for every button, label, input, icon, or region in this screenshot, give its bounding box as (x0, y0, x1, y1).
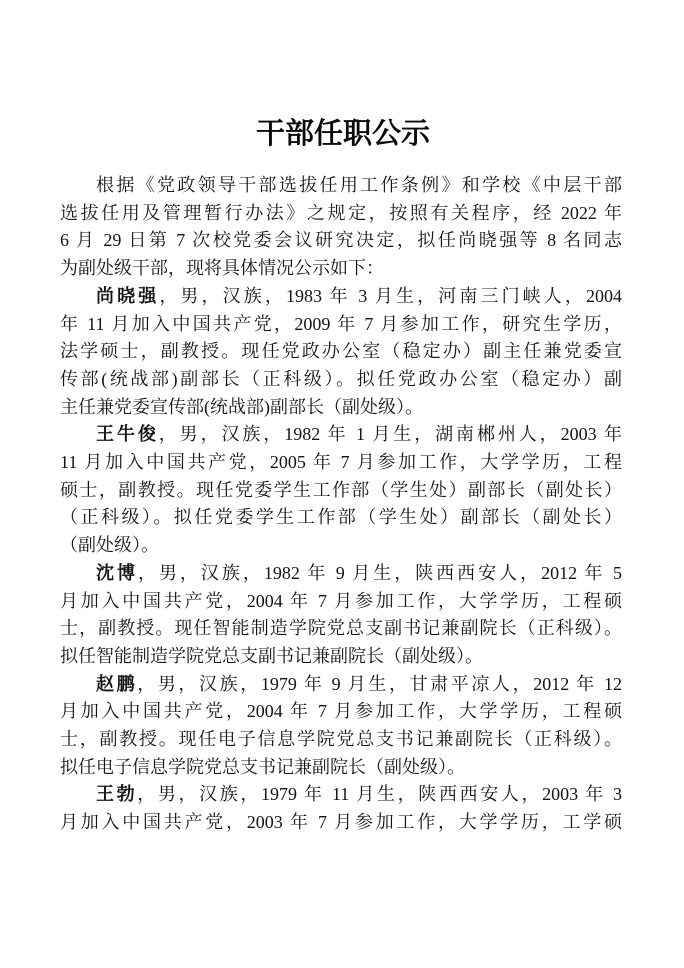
text-segment: 士，副教授。现任智能制造学院党总支副书记兼副院长（正科级）。 (60, 618, 622, 638)
text-segment: 拟任智能制造学院党总支副书记兼副院长（副处级）。 (60, 646, 483, 666)
paragraph: 王勃，男，汉族，1979 年 11 月生，陕西西安人，2003 年 3月加入中国… (60, 781, 622, 836)
text-line: 士，副教授。现任电子信息学院党总支书记兼副院长（正科级）。 (60, 726, 622, 754)
text-segment: 6 月 29 日第 7 次校党委会议研究决定，拟任尚晓强等 8 名同志 (60, 230, 622, 250)
text-segment: 选拔任用及管理暂行办法》之规定，按照有关程序，经 2022 年 (60, 203, 622, 223)
text-line: 选拔任用及管理暂行办法》之规定，按照有关程序，经 2022 年 (60, 200, 622, 228)
text-segment: ，男，汉族，1979 年 9 月生，甘肃平凉人，2012 年 12 (137, 674, 622, 694)
text-line: 王勃，男，汉族，1979 年 11 月生，陕西西安人，2003 年 3 (60, 781, 622, 809)
paragraph: 沈博，男，汉族，1982 年 9 月生，陕西西安人，2012 年 5月加入中国共… (60, 560, 622, 671)
document-body: 根据《党政领导干部选拔任用工作条例》和学校《中层干部选拔任用及管理暂行办法》之规… (60, 172, 622, 837)
person-name: 尚晓强 (96, 286, 159, 306)
person-name: 赵鹏 (96, 674, 137, 694)
text-line: （正科级）。拟任党委学生工作部（学生处）副部长（副处长） (60, 504, 622, 532)
person-name: 王牛俊 (96, 424, 159, 444)
text-line: 王牛俊，男，汉族，1982 年 1 月生，湖南郴州人，2003 年 (60, 421, 622, 449)
text-segment: ，男，汉族，1979 年 11 月生，陕西西安人，2003 年 3 (137, 784, 622, 804)
text-line: （副处级）。 (60, 532, 622, 560)
text-segment: 传部(统战部)副部长（正科级）。拟任党政办公室（稳定办）副 (60, 369, 622, 389)
text-line: 为副处级干部，现将具体情况公示如下： (60, 255, 622, 283)
paragraph: 赵鹏，男，汉族，1979 年 9 月生，甘肃平凉人，2012 年 12月加入中国… (60, 671, 622, 782)
text-segment: 根据《党政领导干部选拔任用工作条例》和学校《中层干部 (96, 175, 622, 195)
text-line: 法学硕士，副教授。现任党政办公室（稳定办）副主任兼党委宣 (60, 338, 622, 366)
text-segment: 主任兼党委宣传部(统战部)副部长（副处级）。 (60, 397, 423, 417)
person-name: 沈博 (96, 563, 138, 583)
text-line: 拟任智能制造学院党总支副书记兼副院长（副处级）。 (60, 643, 622, 671)
text-line: 11 月加入中国共产党，2005 年 7 月参加工作，大学学历，工程 (60, 449, 622, 477)
text-line: 赵鹏，男，汉族，1979 年 9 月生，甘肃平凉人，2012 年 12 (60, 671, 622, 699)
text-segment: 士，副教授。现任电子信息学院党总支书记兼副院长（正科级）。 (60, 729, 622, 749)
text-line: 月加入中国共产党，2004 年 7 月参加工作，大学学历，工程硕 (60, 588, 622, 616)
person-name: 王勃 (96, 784, 137, 804)
text-segment: 月加入中国共产党，2004 年 7 月参加工作，大学学历，工程硕 (60, 701, 622, 721)
text-line: 沈博，男，汉族，1982 年 9 月生，陕西西安人，2012 年 5 (60, 560, 622, 588)
text-segment: ，男，汉族，1982 年 1 月生，湖南郴州人，2003 年 (159, 424, 622, 444)
text-segment: 为副处级干部，现将具体情况公示如下： (60, 258, 384, 278)
text-segment: 11 月加入中国共产党，2005 年 7 月参加工作，大学学历，工程 (60, 452, 622, 472)
text-line: 月加入中国共产党，2003 年 7 月参加工作，大学学历，工学硕 (60, 809, 622, 837)
paragraph: 根据《党政领导干部选拔任用工作条例》和学校《中层干部选拔任用及管理暂行办法》之规… (60, 172, 622, 283)
text-segment: （正科级）。拟任党委学生工作部（学生处）副部长（副处长） (60, 507, 622, 527)
text-line: 尚晓强，男，汉族，1983 年 3 月生，河南三门峡人，2004 (60, 283, 622, 311)
text-segment: 月加入中国共产党，2003 年 7 月参加工作，大学学历，工学硕 (60, 812, 622, 832)
text-segment: 月加入中国共产党，2004 年 7 月参加工作，大学学历，工程硕 (60, 591, 622, 611)
text-line: 根据《党政领导干部选拔任用工作条例》和学校《中层干部 (60, 172, 622, 200)
text-segment: 硕士，副教授。现任党委学生工作部（学生处）副部长（副处长） (60, 480, 622, 500)
text-line: 传部(统战部)副部长（正科级）。拟任党政办公室（稳定办）副 (60, 366, 622, 394)
text-line: 6 月 29 日第 7 次校党委会议研究决定，拟任尚晓强等 8 名同志 (60, 227, 622, 255)
text-line: 年 11 月加入中国共产党，2009 年 7 月参加工作，研究生学历， (60, 311, 622, 339)
text-line: 拟任电子信息学院党总支书记兼副院长（副处级）。 (60, 754, 622, 782)
text-segment: 年 11 月加入中国共产党，2009 年 7 月参加工作，研究生学历， (60, 314, 622, 334)
text-segment: ，男，汉族，1983 年 3 月生，河南三门峡人，2004 (159, 286, 622, 306)
document-title: 干部任职公示 (0, 117, 684, 152)
document-page: 干部任职公示 根据《党政领导干部选拔任用工作条例》和学校《中层干部选拔任用及管理… (0, 0, 684, 968)
text-segment: ，男，汉族，1982 年 9 月生，陕西西安人，2012 年 5 (138, 563, 622, 583)
text-line: 士，副教授。现任智能制造学院党总支副书记兼副院长（正科级）。 (60, 615, 622, 643)
text-line: 硕士，副教授。现任党委学生工作部（学生处）副部长（副处长） (60, 477, 622, 505)
paragraph: 王牛俊，男，汉族，1982 年 1 月生，湖南郴州人，2003 年11 月加入中… (60, 421, 622, 560)
paragraph: 尚晓强，男，汉族，1983 年 3 月生，河南三门峡人，2004年 11 月加入… (60, 283, 622, 422)
text-line: 月加入中国共产党，2004 年 7 月参加工作，大学学历，工程硕 (60, 698, 622, 726)
text-segment: （副处级）。 (60, 535, 159, 555)
text-segment: 拟任电子信息学院党总支书记兼副院长（副处级）。 (60, 757, 465, 777)
text-segment: 法学硕士，副教授。现任党政办公室（稳定办）副主任兼党委宣 (60, 341, 622, 361)
text-line: 主任兼党委宣传部(统战部)副部长（副处级）。 (60, 394, 622, 422)
